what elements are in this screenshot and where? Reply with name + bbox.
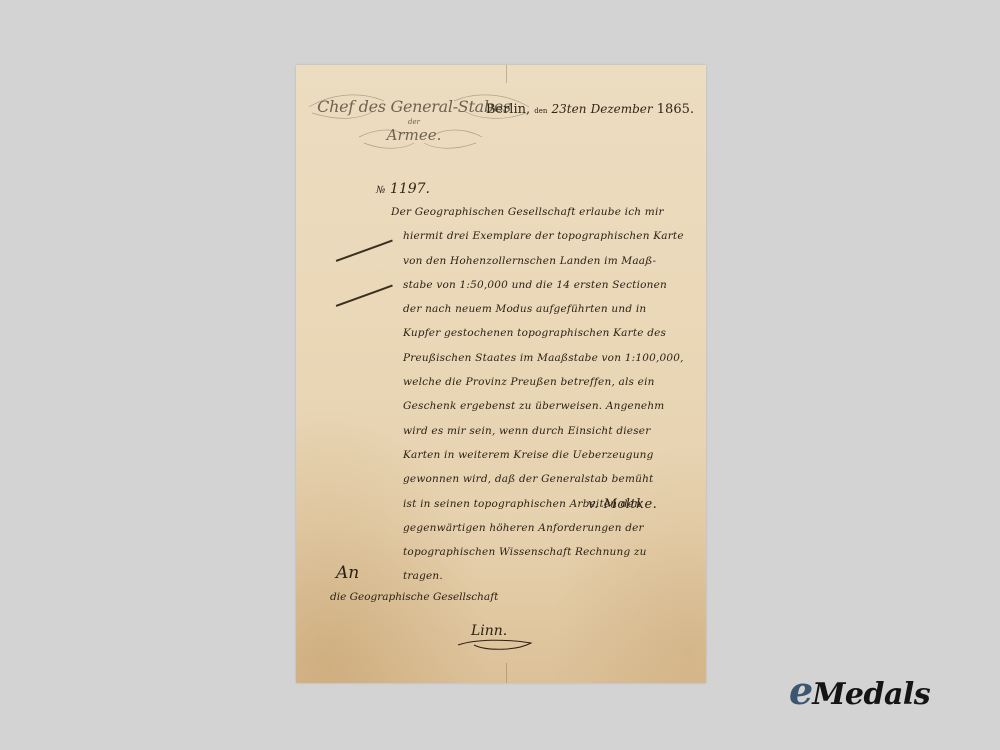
body-line: Der Geographischen Gesellschaft erlaube …	[391, 200, 701, 224]
body-line: welche die Provinz Preußen betreffen, al…	[391, 370, 701, 394]
body-line: Kupfer gestochenen topographischen Karte…	[391, 321, 701, 345]
reference-number: № 1197.	[376, 181, 430, 197]
margin-stroke-1	[336, 240, 393, 262]
logo-prefix: e	[789, 668, 812, 713]
letterhead-title: Chef des General-Stabes	[314, 97, 514, 116]
den-label: den	[534, 107, 547, 115]
letterhead-armee: Armee.	[314, 126, 514, 144]
photo-stage: Chef des General-Stabes der Armee. Berli…	[0, 0, 1000, 750]
initials-signature: Linn.	[471, 623, 507, 639]
number-sign: №	[376, 185, 385, 196]
number-value: 1197.	[390, 181, 430, 197]
body-line: Preußischen Staates im Maaßstabe von 1:1…	[391, 346, 701, 370]
logo-name: Medals	[812, 677, 930, 712]
year: 1865.	[657, 102, 694, 117]
place: Berlin,	[486, 102, 530, 117]
body-line: Geschenk ergebenst zu überweisen. Angene…	[391, 394, 701, 418]
fold-mark-top	[506, 65, 507, 83]
letter-paper: Chef des General-Stabes der Armee. Berli…	[296, 65, 706, 683]
body-line: der nach neuem Modus aufgeführten und in	[391, 297, 701, 321]
emedals-watermark-logo: eMedals	[789, 672, 930, 710]
signature: v. Moltke.	[588, 497, 657, 512]
margin-stroke-2	[336, 285, 393, 307]
body-line: gewonnen wird, daß der Generalstab bemüh…	[391, 467, 701, 491]
letter-body: Der Geographischen Gesellschaft erlaube …	[391, 200, 701, 589]
month: Dezember	[591, 102, 653, 116]
letterhead-der: der	[314, 118, 514, 126]
body-line: hiermit drei Exemplare der topographisch…	[391, 224, 701, 248]
body-line: tragen.	[391, 564, 701, 588]
body-line: stabe von 1:50,000 und die 14 ersten Sec…	[391, 273, 701, 297]
body-line: wird es mir sein, wenn durch Einsicht di…	[391, 419, 701, 443]
body-line: Karten in weiterem Kreise die Ueberzeugu…	[391, 443, 701, 467]
body-line: von den Hohenzollernschen Landen im Maaß…	[391, 249, 701, 273]
place-date: Berlin, den 23ten Dezember 1865.	[486, 102, 694, 117]
letterhead: Chef des General-Stabes der Armee.	[314, 97, 514, 144]
day: 23ten	[552, 102, 587, 116]
address-recipient: die Geographische Gesellschaft	[330, 591, 498, 603]
fold-mark-bottom	[506, 663, 507, 683]
body-line: topographischen Wissenschaft Rechnung zu	[391, 540, 701, 564]
address-salutation: An	[336, 563, 359, 583]
body-line: gegenwärtigen höheren Anforderungen der	[391, 516, 701, 540]
